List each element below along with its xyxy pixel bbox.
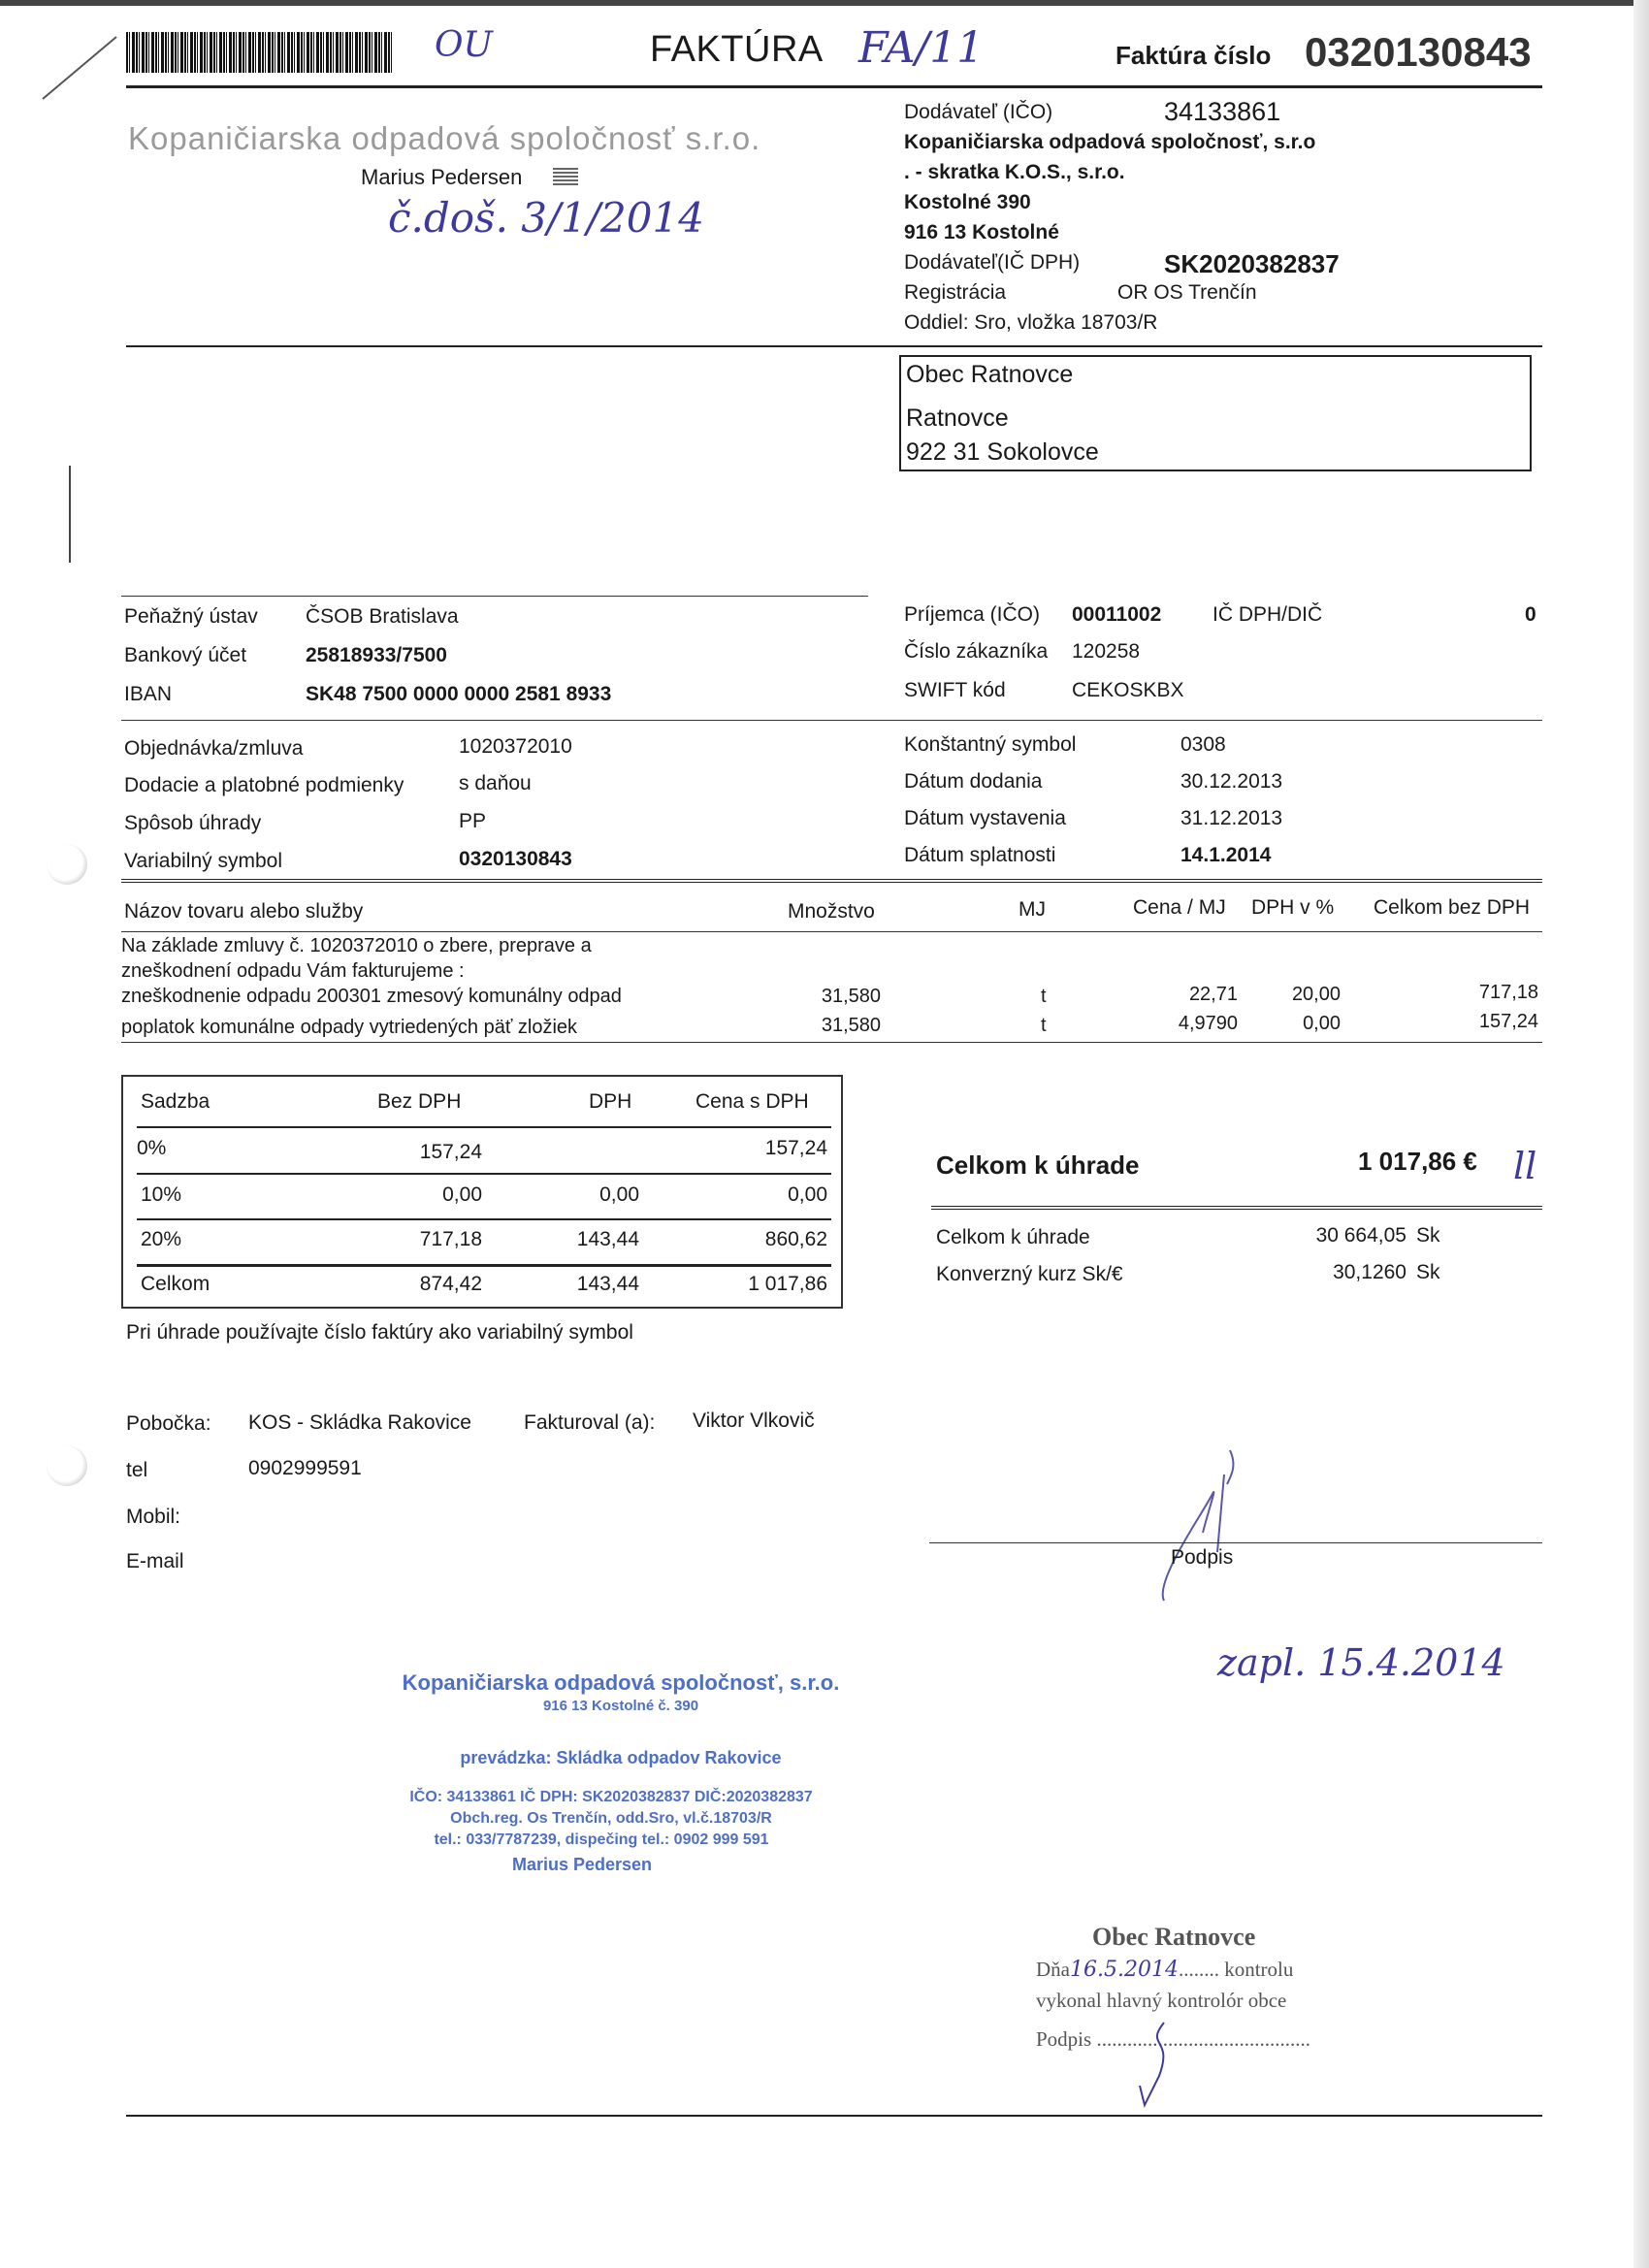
invoiced-by: Viktor Vlkovič xyxy=(693,1409,815,1433)
item-total: 157,24 xyxy=(1397,1011,1538,1033)
item-price: 4,9790 xyxy=(1125,1013,1238,1035)
items-col-name: Názov tovaru alebo služby xyxy=(124,900,363,923)
issue-date-label: Dátum vystavenia xyxy=(904,807,1066,830)
total-due-label: Celkom k úhrade xyxy=(936,1150,1140,1181)
vat-base: 874,42 xyxy=(317,1273,482,1296)
control-stamp-line2: vykonal hlavný kontrolór obce xyxy=(1036,1989,1286,2013)
iban-label: IBAN xyxy=(124,683,172,706)
due-date-label: Dátum splatnosti xyxy=(904,844,1055,867)
vat-col-gross: Cena s DPH xyxy=(695,1090,809,1114)
scan-top-edge xyxy=(0,0,1649,6)
footer-rule xyxy=(126,2115,1542,2117)
recipient-address-box: Obec Ratnovce Ratnovce 922 31 Sokolovce xyxy=(899,355,1532,471)
supplier-registration-label: Registrácia xyxy=(904,281,1006,305)
supplier-vat: SK2020382837 xyxy=(1164,249,1340,279)
supplier-name-line2: . - skratka K.O.S., s.r.o. xyxy=(904,161,1125,184)
table-row-total: Celkom 874,42 143,44 1 017,86 xyxy=(123,1265,841,1308)
tel-label: tel xyxy=(126,1459,147,1482)
item-name: poplatok komunálne odpady vytriedených p… xyxy=(121,1017,577,1039)
customer-ico-label: Príjemca (IČO) xyxy=(904,603,1040,627)
due-date: 14.1.2014 xyxy=(1180,844,1271,867)
punch-hole xyxy=(47,1445,87,1486)
mobile-label: Mobil: xyxy=(126,1506,180,1529)
supplier-street: Kostolné 390 xyxy=(904,191,1031,214)
supplier-logo-name: Kopaničiarska odpadová spoločnosť s.r.o. xyxy=(128,120,760,157)
bank-name: ČSOB Bratislava xyxy=(306,605,459,629)
control-day-prefix: Dňa xyxy=(1036,1958,1070,1981)
supplier-ico-label: Dodávateľ (IČO) xyxy=(904,101,1052,124)
items-col-total: Celkom bez DPH xyxy=(1374,896,1530,920)
signature-scribble xyxy=(1145,1445,1300,1610)
terms: s daňou xyxy=(459,772,532,795)
document-title: FAKTÚRA xyxy=(650,29,824,71)
vat-col-vat: DPH xyxy=(589,1090,631,1114)
delivery-date-label: Dátum dodania xyxy=(904,770,1042,794)
vat-amount: 143,44 xyxy=(492,1228,639,1251)
item-vat: 20,00 xyxy=(1251,984,1341,1006)
supplier-name-line1: Kopaničiarska odpadová spoločnosť, s.r.o xyxy=(904,131,1315,154)
items-col-qty: Množstvo xyxy=(788,900,875,923)
items-intro-line1: Na základe zmluvy č. 1020372010 o zbere,… xyxy=(121,935,592,957)
recipient-line2: Ratnovce xyxy=(901,405,1530,433)
control-day-suffix: kontrolu xyxy=(1224,1958,1293,1981)
total-due-sk-unit: Sk xyxy=(1416,1224,1440,1247)
punch-hole xyxy=(47,844,87,885)
items-col-price: Cena / MJ xyxy=(1133,896,1226,920)
vat-rate: 20% xyxy=(141,1228,181,1251)
customer-vat: 0 xyxy=(1525,603,1536,627)
recipient-name: Obec Ratnovce xyxy=(901,361,1530,389)
recipient-line3: 922 31 Sokolovce xyxy=(901,438,1530,467)
swift-code: CEKOSKBX xyxy=(1072,679,1184,702)
items-top-rule xyxy=(121,879,1542,883)
vat-base: 717,18 xyxy=(317,1228,482,1251)
totals-rule xyxy=(931,1206,1542,1210)
vat-separator xyxy=(137,1173,831,1175)
supplier-logo-brand: Marius Pedersen xyxy=(361,165,522,190)
conversion-rate-label: Konverzný kurz Sk/€ xyxy=(936,1263,1123,1286)
handwritten-registry-note: č.doš. 3/1/2014 xyxy=(388,194,704,242)
vat-gross: 1 017,86 xyxy=(647,1273,827,1296)
item-vat: 0,00 xyxy=(1251,1013,1341,1035)
handwritten-title-note: FA/11 xyxy=(858,23,984,73)
invoice-number-label: Faktúra číslo xyxy=(1115,41,1271,71)
barcode xyxy=(126,32,393,73)
stamp-company: Kopaničiarska odpadová spoločnosť, s.r.o… xyxy=(349,1670,892,1696)
supplier-rule xyxy=(126,345,1542,347)
invoice-number: 0320130843 xyxy=(1305,29,1532,76)
vat-gross: 157,24 xyxy=(647,1137,827,1160)
payment-note: Pri úhrade používajte číslo faktúry ako … xyxy=(126,1321,633,1345)
customer-number-label: Číslo zákazníka xyxy=(904,640,1048,664)
swift-label: SWIFT kód xyxy=(904,679,1006,702)
invoiced-by-label: Fakturoval (a): xyxy=(524,1411,655,1435)
bank-bottom-rule xyxy=(121,720,1542,721)
items-col-unit: MJ xyxy=(1018,898,1046,922)
variable-symbol-label: Variabilný symbol xyxy=(124,850,282,873)
supplier-city: 916 13 Kostolné xyxy=(904,221,1059,244)
variable-symbol: 0320130843 xyxy=(459,848,572,871)
customer-number: 120258 xyxy=(1072,640,1140,664)
brand-logo-icon xyxy=(553,168,578,185)
item-total: 717,18 xyxy=(1397,982,1538,1004)
vat-gross: 860,62 xyxy=(647,1228,827,1251)
handwritten-check-mark: ll xyxy=(1513,1145,1536,1187)
table-row: 20% 717,18 143,44 860,62 xyxy=(123,1220,841,1263)
stamp-registry: Obch.reg. Os Trenčín, odd.Sro, vl.č.1870… xyxy=(339,1810,883,1828)
supplier-registration: OR OS Trenčín xyxy=(1117,281,1257,305)
item-unit: t xyxy=(1041,986,1047,1008)
vat-col-base: Bez DPH xyxy=(377,1090,461,1114)
vat-base: 157,24 xyxy=(317,1141,482,1164)
vat-col-rate: Sadzba xyxy=(141,1090,210,1114)
pen-stroke xyxy=(29,29,126,107)
items-col-vat: DPH v % xyxy=(1251,896,1334,920)
constant-symbol-label: Konštantný symbol xyxy=(904,733,1076,757)
constant-symbol: 0308 xyxy=(1180,733,1226,757)
payment-method: PP xyxy=(459,810,486,833)
payment-method-label: Spôsob úhrady xyxy=(124,812,261,835)
vat-amount: 0,00 xyxy=(492,1183,639,1207)
header-rule xyxy=(126,85,1542,88)
stamp-address: 916 13 Kostolné č. 390 xyxy=(349,1698,892,1714)
stamp-brand: Marius Pedersen xyxy=(330,1855,834,1875)
bank-account: 25818933/7500 xyxy=(306,644,447,667)
handwritten-corner-note: OU xyxy=(435,25,493,65)
supplier-vat-label: Dodávateľ(IČ DPH) xyxy=(904,251,1080,275)
supplier-section: Oddiel: Sro, vložka 18703/R xyxy=(904,311,1157,335)
supplier-ico: 34133861 xyxy=(1164,97,1280,127)
control-stamp-day: Dňa16.5.2014........ kontrolu xyxy=(1036,1958,1293,1982)
item-name: zneškodnenie odpadu 200301 zmesový komun… xyxy=(121,986,622,1008)
delivery-date: 30.12.2013 xyxy=(1180,770,1282,794)
control-stamp-title: Obec Ratnovce xyxy=(1092,1923,1255,1952)
vat-amount: 143,44 xyxy=(492,1273,639,1296)
items-bottom-rule xyxy=(121,1042,1542,1043)
vat-rate: Celkom xyxy=(141,1273,210,1296)
items-header-rule xyxy=(121,931,1542,932)
total-due-eur: 1 017,86 € xyxy=(1358,1147,1477,1177)
email-label: E-mail xyxy=(126,1550,184,1573)
total-due-sk-label: Celkom k úhrade xyxy=(936,1226,1090,1249)
stamp-phone: tel.: 033/7787239, dispečing tel.: 0902 … xyxy=(330,1831,873,1849)
iban: SK48 7500 0000 0000 2581 8933 xyxy=(306,683,611,706)
item-qty: 31,580 xyxy=(776,1015,881,1037)
terms-label: Dodacie a platobné podmienky xyxy=(124,774,404,797)
conversion-rate-unit: Sk xyxy=(1416,1261,1440,1284)
conversion-rate: 30,1260 xyxy=(1261,1261,1406,1284)
control-day-handwritten: 16.5.2014 xyxy=(1070,1958,1179,1982)
vat-separator xyxy=(137,1126,831,1128)
control-signature-scribble xyxy=(1125,2018,1193,2115)
scan-right-edge xyxy=(1633,0,1649,2268)
branch-label: Pobočka: xyxy=(126,1412,211,1436)
handwritten-paid-note: zapl. 15.4.2014 xyxy=(1217,1641,1505,1684)
bank-top-rule xyxy=(121,596,868,597)
stamp-ids: IČO: 34133861 IČ DPH: SK2020382837 DIČ:2… xyxy=(339,1789,883,1806)
vat-header-row: Sadzba Bez DPH DPH Cena s DPH xyxy=(123,1083,841,1125)
order-number: 1020372010 xyxy=(459,735,572,759)
signature-label: Podpis xyxy=(1171,1546,1233,1570)
items-intro-line2: zneškodnení odpadu Vám fakturujeme : xyxy=(121,960,465,983)
customer-vat-label: IČ DPH/DIČ xyxy=(1212,603,1322,627)
item-unit: t xyxy=(1041,1015,1047,1037)
issue-date: 31.12.2013 xyxy=(1180,807,1282,830)
vat-summary-table: Sadzba Bez DPH DPH Cena s DPH 0% 157,24 … xyxy=(121,1075,843,1309)
table-row: 10% 0,00 0,00 0,00 xyxy=(123,1176,841,1218)
item-qty: 31,580 xyxy=(776,986,881,1008)
customer-ico: 00011002 xyxy=(1072,603,1161,627)
tel: 0902999591 xyxy=(248,1457,362,1480)
branch: KOS - Skládka Rakovice xyxy=(248,1411,471,1435)
margin-mark xyxy=(66,466,74,563)
order-label: Objednávka/zmluva xyxy=(124,737,303,761)
signature-line xyxy=(929,1542,1542,1543)
stamp-operation: prevádzka: Skládka odpadov Rakovice xyxy=(349,1748,892,1768)
bank-account-label: Bankový účet xyxy=(124,644,246,667)
vat-rate: 10% xyxy=(141,1183,181,1207)
vat-base: 0,00 xyxy=(317,1183,482,1207)
item-price: 22,71 xyxy=(1125,984,1238,1006)
table-row: 0% 157,24 157,24 xyxy=(123,1129,841,1172)
control-sign-label: Podpis xyxy=(1036,2027,1091,2051)
bank-label: Peňažný ústav xyxy=(124,605,258,629)
vat-gross: 0,00 xyxy=(647,1183,827,1207)
vat-rate: 0% xyxy=(137,1137,166,1160)
total-due-sk: 30 664,05 xyxy=(1261,1224,1406,1247)
